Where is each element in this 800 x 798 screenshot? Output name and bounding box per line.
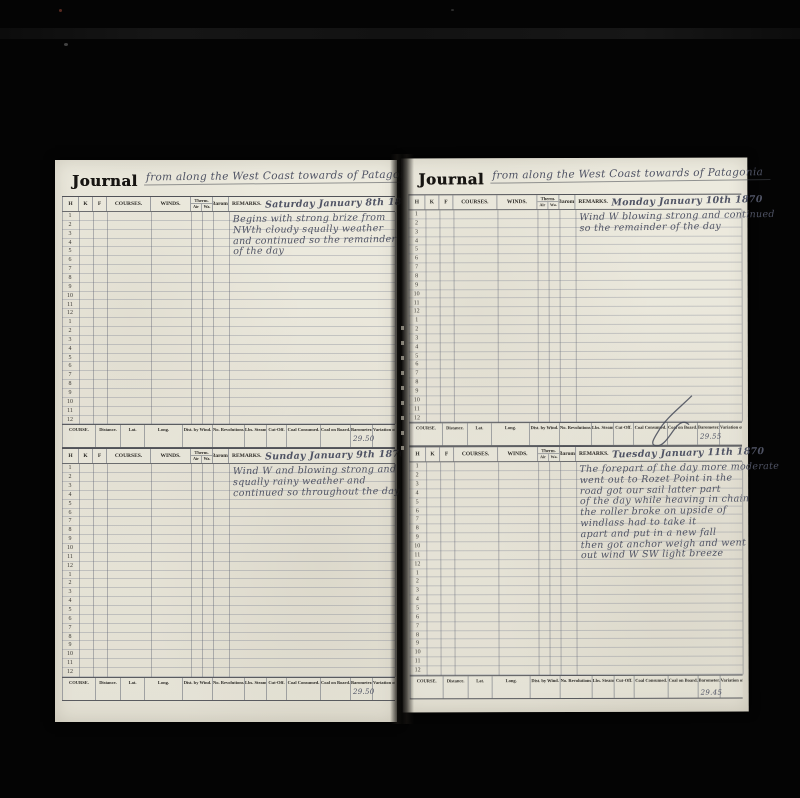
logbook-page-left: Journalfrom along the West Coast towards… <box>55 160 397 722</box>
footer-column-label: Distance. <box>96 425 121 447</box>
remarks-handwriting: Wind W blowing strong and continuedso th… <box>579 210 740 234</box>
footer-column-label: Lbs. Steam. <box>593 676 615 698</box>
column-header-h: H <box>409 448 426 462</box>
column-rule <box>741 210 743 422</box>
hour-cell: 6 <box>62 362 78 370</box>
hour-cell: 7 <box>62 265 78 273</box>
column-header-f: F <box>93 449 107 463</box>
column-rule <box>62 464 63 676</box>
column-header-remarks: REMARKS.Monday January 10th 1870 <box>575 195 741 209</box>
route-handwriting: from along the West Coast towards of Pat… <box>490 166 770 184</box>
scan-background: Journalfrom along the West Coast towards… <box>0 0 800 798</box>
hour-cell: 2 <box>409 472 425 480</box>
column-header-k: K <box>425 195 439 209</box>
column-header-winds: WINDS. <box>498 447 538 461</box>
hour-cell: 4 <box>62 491 78 499</box>
hour-cell: 5 <box>409 498 425 506</box>
hour-cell: 11 <box>62 407 78 415</box>
column-header-therm: Therm.AirWa. <box>191 449 213 463</box>
hour-cell: 2 <box>62 579 78 587</box>
therm-sub-air: Air <box>537 202 548 209</box>
column-rule <box>79 464 80 676</box>
therm-sub-water: Wa. <box>202 456 212 463</box>
column-header-f: F <box>439 195 453 209</box>
hour-cell: 12 <box>410 666 426 674</box>
footer-column-label: Lat. <box>121 678 145 700</box>
hour-cell: 6 <box>409 255 425 263</box>
footer-column-label: Variation of Comp. <box>721 675 743 697</box>
remarks-text-line: of the day <box>233 245 394 258</box>
footer-column-label: Cut-Off. <box>267 425 287 447</box>
hour-cell: 6 <box>62 256 78 264</box>
remarks-date-handwriting: Sunday January 9th 1870 <box>265 449 407 463</box>
hour-cell: 3 <box>62 230 78 238</box>
hour-cell: 12 <box>62 668 78 676</box>
hour-cell: 9 <box>409 387 425 395</box>
log-table-header: HKFCOURSES.WINDS.Therm.AirWa.Barom.REMAR… <box>408 194 741 211</box>
hour-cell: 3 <box>409 587 425 595</box>
column-rule <box>93 212 94 424</box>
column-header-h: H <box>62 449 79 463</box>
footer-column-label: Coal on Board. <box>321 425 351 447</box>
hour-cell: 10 <box>409 290 425 298</box>
remarks-handwriting: Begins with strong brize fromNWth cloudy… <box>233 213 395 258</box>
column-rule <box>202 464 203 676</box>
log-table-header: HKFCOURSES.WINDS.Therm.AirWa.Barom.REMAR… <box>62 448 395 464</box>
footer-column-label: Lat. <box>121 425 145 447</box>
hour-cell: 1 <box>408 210 424 218</box>
therm-sub-air: Air <box>538 454 549 461</box>
barometer-value: 29.50 <box>353 435 375 443</box>
column-rule <box>151 212 152 424</box>
hour-cell: 9 <box>62 535 78 543</box>
hour-cell: 6 <box>62 509 78 517</box>
hour-cell: 2 <box>62 327 78 335</box>
hour-cell: 10 <box>409 542 425 550</box>
column-rule <box>213 464 214 676</box>
column-rule <box>93 464 94 676</box>
footer-column-label: Coal on Board. <box>669 675 699 697</box>
column-header-barom: Barom. <box>559 195 575 209</box>
column-rule <box>191 212 192 424</box>
column-rule <box>202 212 203 424</box>
log-table-footer: COURSE.Distance.Lat.Long.Dist. by Wind.N… <box>62 424 395 448</box>
hour-cell: 1 <box>409 463 425 471</box>
hour-cell: 8 <box>409 379 425 387</box>
journal-title: Journal <box>72 172 138 190</box>
hour-cell: 5 <box>62 606 78 614</box>
column-rule <box>213 212 214 424</box>
hour-cell: 10 <box>409 396 425 404</box>
hour-cell: 11 <box>409 405 425 413</box>
hour-cell: 2 <box>62 221 78 229</box>
footer-column-label: COURSE. <box>62 425 96 447</box>
therm-sub-water: Wa. <box>549 454 559 461</box>
hour-cell: 4 <box>62 597 78 605</box>
hour-cell: 12 <box>62 309 78 317</box>
log-table-header: HKFCOURSES.WINDS.Therm.AirWa.Barom.REMAR… <box>62 196 395 212</box>
footer-column-label: Long. <box>492 424 530 446</box>
footer-column-label: Coal on Board. <box>321 678 351 700</box>
hour-cell: 6 <box>62 615 78 623</box>
footer-column-label: Cut-Off. <box>615 676 635 698</box>
therm-subcolumns: AirWa. <box>538 453 559 461</box>
dust-speck <box>64 43 68 46</box>
hour-cell: 9 <box>62 389 78 397</box>
hour-cell: 11 <box>62 659 78 667</box>
therm-sub-water: Wa. <box>548 202 558 209</box>
hour-cell: 7 <box>409 516 425 524</box>
remarks-label: REMARKS. <box>579 451 609 457</box>
hour-cell: 3 <box>409 334 425 342</box>
hour-cell: 10 <box>62 398 78 406</box>
hour-cell: 12 <box>409 308 425 316</box>
footer-column-label: No. Revolutions. <box>213 425 245 447</box>
footer-column-label: Dist. by Wind. <box>531 676 561 698</box>
hour-cell: 1 <box>62 464 78 472</box>
footer-column-label: Lbs. Steam. <box>592 423 614 445</box>
barometer-value: 29.45 <box>701 688 723 696</box>
therm-subcolumns: AirWa. <box>537 201 558 209</box>
hour-cell: 9 <box>409 281 425 289</box>
hour-cell: 8 <box>62 274 78 282</box>
footer-column-label: Long. <box>145 425 183 447</box>
hour-cell: 5 <box>62 247 78 255</box>
column-header-courses: COURSES. <box>453 195 497 209</box>
hour-cell: 4 <box>409 489 425 497</box>
hour-cell: 10 <box>62 650 78 658</box>
column-header-remarks: REMARKS.Tuesday January 11th 1870 <box>576 447 742 461</box>
hour-cell: 11 <box>62 553 78 561</box>
dust-speck <box>451 9 454 11</box>
barometer-value: 29.50 <box>353 688 375 696</box>
column-header-therm: Therm.AirWa. <box>537 195 559 209</box>
hour-cell: 7 <box>409 370 425 378</box>
hour-cell: 1 <box>409 317 425 325</box>
therm-sub-water: Wa. <box>202 204 212 211</box>
hour-cell: 11 <box>62 301 78 309</box>
footer-column-label: Lbs. Steam. <box>245 678 267 700</box>
remarks-date-handwriting: Saturday January 8th 1870 <box>265 196 416 210</box>
film-strip <box>0 28 800 39</box>
hour-cell: 9 <box>62 641 78 649</box>
hour-cell: 10 <box>62 544 78 552</box>
column-header-winds: WINDS. <box>497 195 537 209</box>
footer-column-label: Distance. <box>96 678 121 700</box>
hour-cell: 4 <box>409 343 425 351</box>
column-header-h: H <box>408 195 425 209</box>
column-header-therm: Therm.AirWa. <box>538 447 560 461</box>
hour-cell: 7 <box>62 371 78 379</box>
remarks-handwriting: Wind W and blowing strong andsqually rai… <box>233 465 394 500</box>
footer-column-label: Distance. <box>444 676 469 698</box>
dust-speck <box>59 9 62 12</box>
footer-column-label: Dist. by Wind. <box>183 425 213 447</box>
hour-cell: 2 <box>62 473 78 481</box>
hour-cell: 8 <box>409 272 425 280</box>
column-header-f: F <box>440 448 454 462</box>
footer-column-label: COURSE. <box>62 678 96 700</box>
remarks-label: REMARKS. <box>578 199 608 205</box>
column-header-k: K <box>426 448 440 462</box>
hour-cell: 8 <box>62 633 78 641</box>
hour-cell: 1 <box>62 571 78 579</box>
column-rule <box>229 212 230 424</box>
hour-cell: 7 <box>409 263 425 271</box>
hour-cell: 6 <box>409 613 425 621</box>
column-header-winds: WINDS. <box>151 449 191 463</box>
footer-column-label: No. Revolutions. <box>560 423 592 445</box>
hour-cell: 11 <box>409 299 425 307</box>
log-table-footer: COURSE.Distance.Lat.Long.Dist. by Wind.N… <box>410 674 743 699</box>
therm-subcolumns: AirWa. <box>191 203 212 211</box>
column-header-therm: Therm.AirWa. <box>191 197 213 211</box>
column-header-f: F <box>93 197 107 211</box>
footer-column-label: Variation of Comp. <box>373 678 395 700</box>
hour-cell: 10 <box>62 292 78 300</box>
hour-cell: 2 <box>409 325 425 333</box>
column-header-courses: COURSES. <box>454 448 498 462</box>
hour-cell: 12 <box>409 560 425 568</box>
footer-column-label: Dist. by Wind. <box>183 678 213 700</box>
column-rule <box>229 464 230 676</box>
column-header-winds: WINDS. <box>151 197 191 211</box>
hour-cell: 1 <box>62 212 78 220</box>
hour-cell: 12 <box>62 416 78 424</box>
column-header-h: H <box>62 197 79 211</box>
hour-cell: 12 <box>62 562 78 570</box>
hour-cell: 7 <box>409 622 425 630</box>
hour-cell: 3 <box>62 482 78 490</box>
hour-cell: 3 <box>62 336 78 344</box>
footer-column-label: Coal Consumed. <box>287 425 321 447</box>
footer-column-label: Distance. <box>443 424 468 446</box>
pen-flourish-icon <box>628 394 718 452</box>
column-rule <box>107 212 108 424</box>
page-header: Journalfrom along the West Coast towards… <box>72 170 391 194</box>
column-header-courses: COURSES. <box>107 197 151 211</box>
hour-cell: 9 <box>62 283 78 291</box>
column-header-barom: Barom. <box>560 447 576 461</box>
hour-cell: 11 <box>409 551 425 559</box>
footer-column-label: No. Revolutions. <box>561 676 593 698</box>
column-header-courses: COURSES. <box>107 449 151 463</box>
footer-column-label: Lbs. Steam. <box>245 425 267 447</box>
footer-column-label: COURSE. <box>409 424 443 446</box>
remarks-date-handwriting: Tuesday January 11th 1870 <box>612 446 765 461</box>
column-header-k: K <box>79 197 93 211</box>
logbook-page-right: Journalfrom along the West Coast towards… <box>401 158 748 713</box>
hour-cell: 6 <box>409 507 425 515</box>
hour-cell: 10 <box>410 649 426 657</box>
route-handwriting: from along the West Coast towards of Pat… <box>144 169 424 186</box>
hour-cell: 2 <box>408 219 424 227</box>
hour-cell: 2 <box>409 578 425 586</box>
hour-cell: 1 <box>62 318 78 326</box>
column-rule <box>79 212 80 424</box>
hour-cell: 5 <box>409 604 425 612</box>
footer-column-label: Coal Consumed. <box>635 676 669 698</box>
hour-cell: 4 <box>62 239 78 247</box>
hour-cell: 8 <box>62 526 78 534</box>
footer-column-label: Variation of Comp. <box>720 423 742 445</box>
column-rule <box>107 464 108 676</box>
footer-column-label: Dist. by Wind. <box>530 423 560 445</box>
hour-cell: 5 <box>62 354 78 362</box>
column-rule <box>191 464 192 676</box>
hour-cell: 5 <box>409 246 425 254</box>
hour-cell: 4 <box>62 345 78 353</box>
remarks-date-handwriting: Monday January 10th 1870 <box>611 194 763 209</box>
therm-sub-air: Air <box>191 456 202 463</box>
footer-column-label: Coal Consumed. <box>287 678 321 700</box>
hour-cell: 5 <box>409 352 425 360</box>
hour-cell: 8 <box>409 525 425 533</box>
hour-cell: 7 <box>62 624 78 632</box>
hour-cell: 4 <box>408 237 424 245</box>
hour-cell: 8 <box>410 631 426 639</box>
hour-cell: 12 <box>409 414 425 422</box>
journal-title: Journal <box>418 170 484 188</box>
hour-cell: 9 <box>410 640 426 648</box>
hour-cell: 1 <box>409 569 425 577</box>
page-header: Journalfrom along the West Coast towards… <box>418 168 737 193</box>
hour-cell: 7 <box>62 517 78 525</box>
log-table-body: 123456789101112123456789101112 <box>408 210 742 423</box>
footer-column-label: Long. <box>145 678 183 700</box>
column-header-k: K <box>79 449 93 463</box>
column-rule <box>62 212 63 424</box>
hour-cell: 3 <box>62 588 78 596</box>
footer-column-label: Variation of Comp. <box>373 425 395 447</box>
footer-column-label: COURSE. <box>410 676 444 698</box>
remarks-label: REMARKS. <box>232 201 262 207</box>
column-header-remarks: REMARKS.Saturday January 8th 1870 <box>229 197 395 211</box>
column-rule <box>151 464 152 676</box>
footer-column-label: Long. <box>493 676 531 698</box>
hour-cell: 8 <box>62 380 78 388</box>
hour-cell: 4 <box>409 596 425 604</box>
footer-column-label: Lat. <box>468 424 492 446</box>
therm-sub-air: Air <box>191 204 202 211</box>
hour-cell: 3 <box>408 228 424 236</box>
column-header-barom: Barom. <box>213 449 229 463</box>
column-header-remarks: REMARKS.Sunday January 9th 1870 <box>229 449 395 463</box>
remarks-label: REMARKS. <box>232 453 262 459</box>
therm-subcolumns: AirWa. <box>191 455 212 463</box>
footer-column-label: Lat. <box>469 676 493 698</box>
footer-column-label: No. Revolutions. <box>213 678 245 700</box>
column-header-barom: Barom. <box>213 197 229 211</box>
hour-cell: 3 <box>409 480 425 488</box>
hour-cell: 5 <box>62 500 78 508</box>
log-table-header: HKFCOURSES.WINDS.Therm.AirWa.Barom.REMAR… <box>409 446 742 463</box>
hour-cell: 6 <box>409 361 425 369</box>
hour-cell: 9 <box>409 534 425 542</box>
hour-cell: 11 <box>410 657 426 665</box>
log-table-footer: COURSE.Distance.Lat.Long.Dist. by Wind.N… <box>62 677 395 701</box>
footer-column-label: Cut-Off. <box>267 678 287 700</box>
remarks-handwriting: The forepart of the day more moderatewen… <box>579 463 742 563</box>
